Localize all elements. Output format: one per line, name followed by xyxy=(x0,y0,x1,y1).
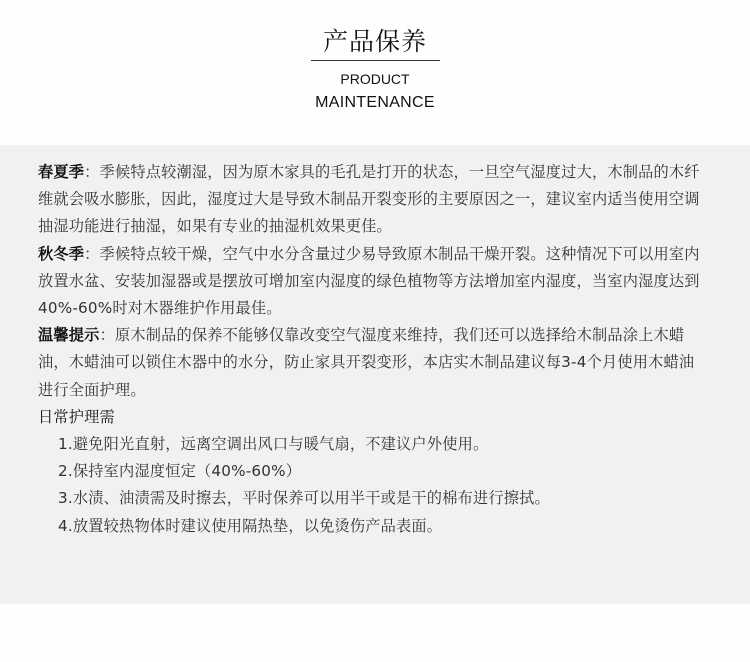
tips-text: ：原木制品的保养不能够仅靠改变空气湿度来维持，我们还可以选择给木制品涂上木蜡油，… xyxy=(38,326,694,398)
daily-care-item-4: 4.放置较热物体时建议使用隔热垫，以免烫伤产品表面。 xyxy=(38,513,708,540)
spring-summer-text: ：季候特点较潮湿，因为原木家具的毛孔是打开的状态，一旦空气湿度过大，木制品的木纤… xyxy=(38,163,700,235)
section-title-english-line2: MAINTENANCE xyxy=(0,94,750,112)
autumn-winter-label: 秋冬季 xyxy=(38,245,84,263)
daily-care-title: 日常护理需 xyxy=(38,404,708,431)
section-header: 产品保养 PRODUCT MAINTENANCE xyxy=(0,0,750,145)
tips-paragraph: 温馨提示：原木制品的保养不能够仅靠改变空气湿度来维持，我们还可以选择给木制品涂上… xyxy=(38,322,708,404)
daily-care-item-2: 2.保持室内湿度恒定（40%-60%） xyxy=(38,458,708,485)
title-divider xyxy=(311,60,440,61)
spring-summer-label: 春夏季 xyxy=(38,163,84,181)
autumn-winter-text: ：季候特点较干燥，空气中水分含量过少易导致原木制品干燥开裂。这种情况下可以用室内… xyxy=(38,245,700,317)
maintenance-content: 春夏季：季候特点较潮湿，因为原木家具的毛孔是打开的状态，一旦空气湿度过大，木制品… xyxy=(38,159,708,540)
tips-label: 温馨提示 xyxy=(38,326,100,344)
daily-care-item-3: 3.水渍、油渍需及时擦去，平时保养可以用半干或是干的棉布进行擦拭。 xyxy=(38,485,708,512)
maintenance-panel: 春夏季：季候特点较潮湿，因为原木家具的毛孔是打开的状态，一旦空气湿度过大，木制品… xyxy=(0,145,750,604)
spring-summer-paragraph: 春夏季：季候特点较潮湿，因为原木家具的毛孔是打开的状态，一旦空气湿度过大，木制品… xyxy=(38,159,708,241)
section-title-english-line1: PRODUCT xyxy=(0,71,750,87)
daily-care-item-1: 1.避免阳光直射，远离空调出风口与暖气扇，不建议户外使用。 xyxy=(38,431,708,458)
autumn-winter-paragraph: 秋冬季：季候特点较干燥，空气中水分含量过少易导致原木制品干燥开裂。这种情况下可以… xyxy=(38,241,708,323)
section-title-chinese: 产品保养 xyxy=(0,22,750,58)
